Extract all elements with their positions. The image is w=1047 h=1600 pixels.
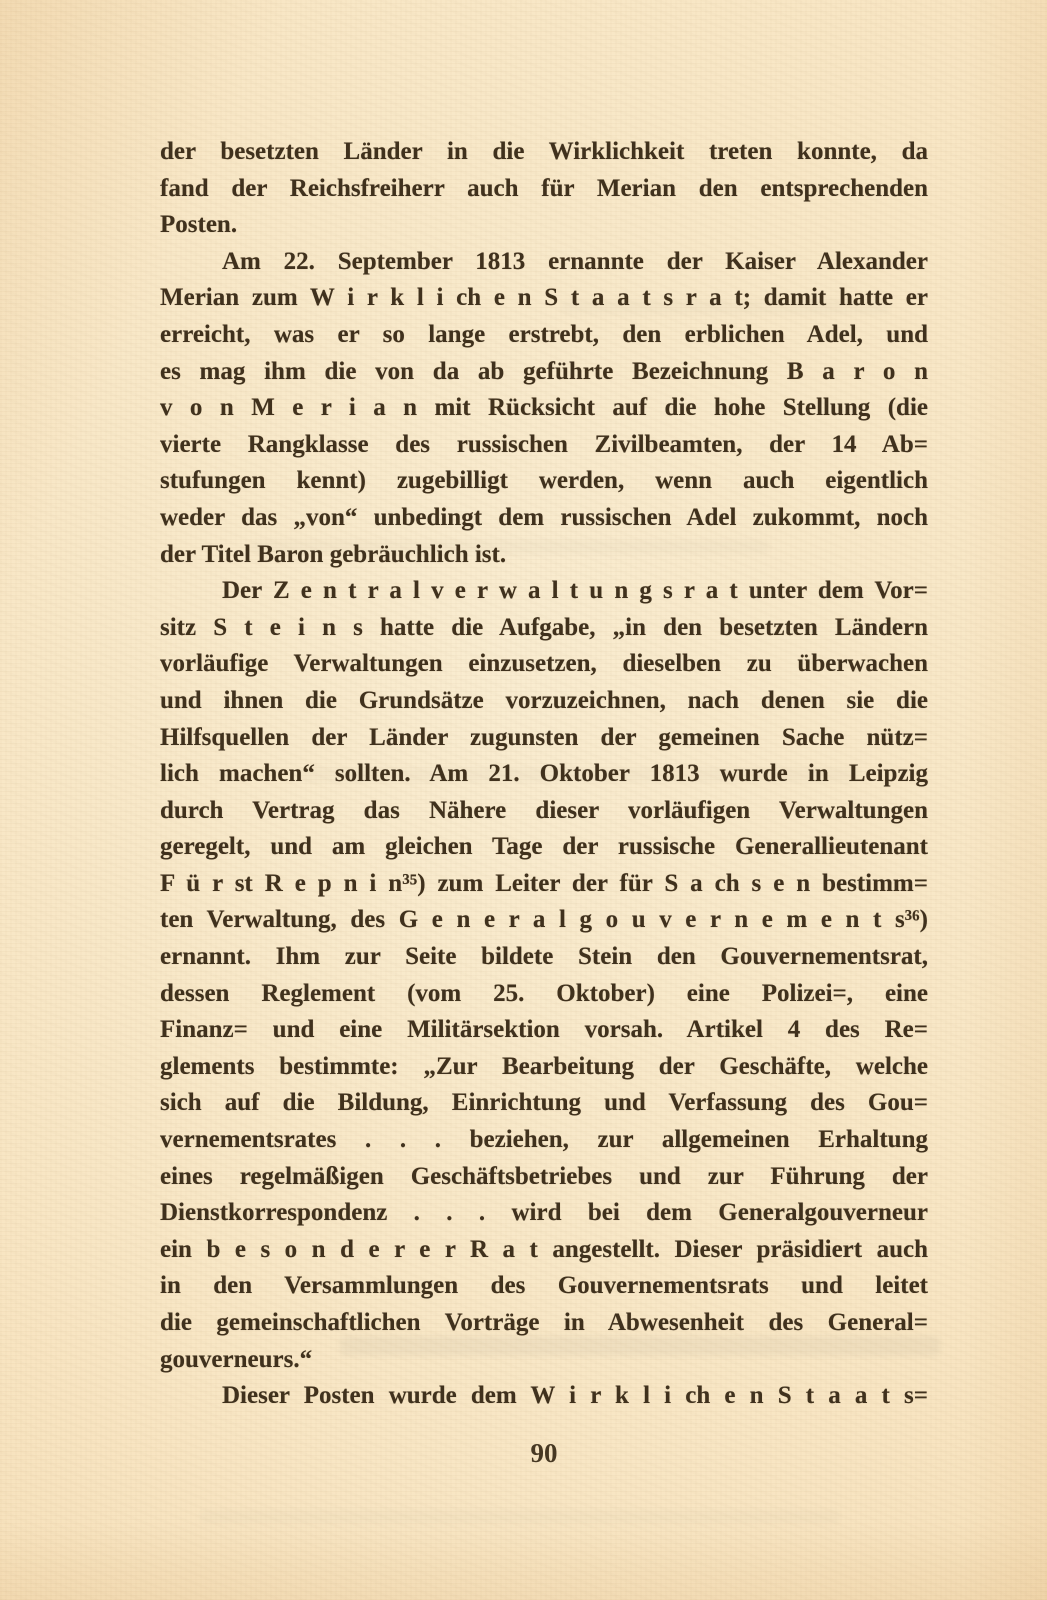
text-line: durch Vertrag das Nähere dieser vorläufi… <box>160 793 928 830</box>
text-line: in den Versammlungen des Gouvernementsra… <box>160 1268 928 1305</box>
text-line: Finanz= und eine Militärsektion vorsah. … <box>160 1012 928 1049</box>
text-line: Am 22. September 1813 ernannte der Kaise… <box>160 244 928 281</box>
text-line: F ü r st R e p n i n³⁵) zum Leiter der f… <box>160 866 928 903</box>
text-line: dessen Reglement (vom 25. Oktober) eine … <box>160 976 928 1013</box>
text-line: erreicht, was er so lange erstrebt, den … <box>160 317 928 354</box>
text-line: lich machen“ sollten. Am 21. Oktober 181… <box>160 756 928 793</box>
text-line: vierte Rangklasse des russischen Zivilbe… <box>160 427 928 464</box>
showthrough-smudge <box>200 1510 840 1524</box>
text-line: die gemeinschaftlichen Vorträge in Abwes… <box>160 1305 928 1342</box>
text-line: ten Verwaltung, des G e n e r a l g o u … <box>160 902 928 939</box>
text-line: fand der Reichsfreiherr auch für Merian … <box>160 171 928 208</box>
text-line: stufungen kennt) zugebilligt werden, wen… <box>160 463 928 500</box>
text-line: vorläufige Verwaltungen einzusetzen, die… <box>160 646 928 683</box>
text-line: Dienstkorrespondenz . . . wird bei dem G… <box>160 1195 928 1232</box>
text-line: eines regelmäßigen Geschäftsbetriebes un… <box>160 1159 928 1196</box>
text-line: Dieser Posten wurde dem W i r k l i ch e… <box>160 1378 928 1415</box>
text-line: ernannt. Ihm zur Seite bildete Stein den… <box>160 939 928 976</box>
book-page-scan: { "page": { "number": "90", "language": … <box>0 0 1047 1600</box>
text-line: sich auf die Bildung, Einrichtung und Ve… <box>160 1085 928 1122</box>
text-line: es mag ihm die von da ab geführte Bezeic… <box>160 354 928 391</box>
text-line: glements bestimmte: „Zur Bearbeitung der… <box>160 1049 928 1086</box>
text-line: geregelt, und am gleichen Tage der russi… <box>160 829 928 866</box>
page-number: 90 <box>160 1438 928 1469</box>
text-line: vernementsrates . . . beziehen, zur allg… <box>160 1122 928 1159</box>
text-line: der besetzten Länder in die Wirklichkeit… <box>160 134 928 171</box>
text-line: und ihnen die Grundsätze vorzuzeichnen, … <box>160 683 928 720</box>
text-line: gouverneurs.“ <box>160 1342 928 1379</box>
text-line: Der Z e n t r a l v e r w a l t u n g s … <box>160 573 928 610</box>
text-line: v o n M e r i a n mit Rücksicht auf die … <box>160 390 928 427</box>
text-line: weder das „von“ unbedingt dem russischen… <box>160 500 928 537</box>
text-line: ein b e s o n d e r e r R a t angestellt… <box>160 1232 928 1269</box>
page-text: der besetzten Länder in die Wirklichkeit… <box>160 134 928 1415</box>
text-line: Hilfsquellen der Länder zugunsten der ge… <box>160 720 928 757</box>
text-line: Merian zum W i r k l i ch e n S t a a t … <box>160 280 928 317</box>
text-line: der Titel Baron gebräuchlich ist. <box>160 537 928 574</box>
text-line: sitz S t e i n s hatte die Aufgabe, „in … <box>160 610 928 647</box>
text-line: Posten. <box>160 207 928 244</box>
